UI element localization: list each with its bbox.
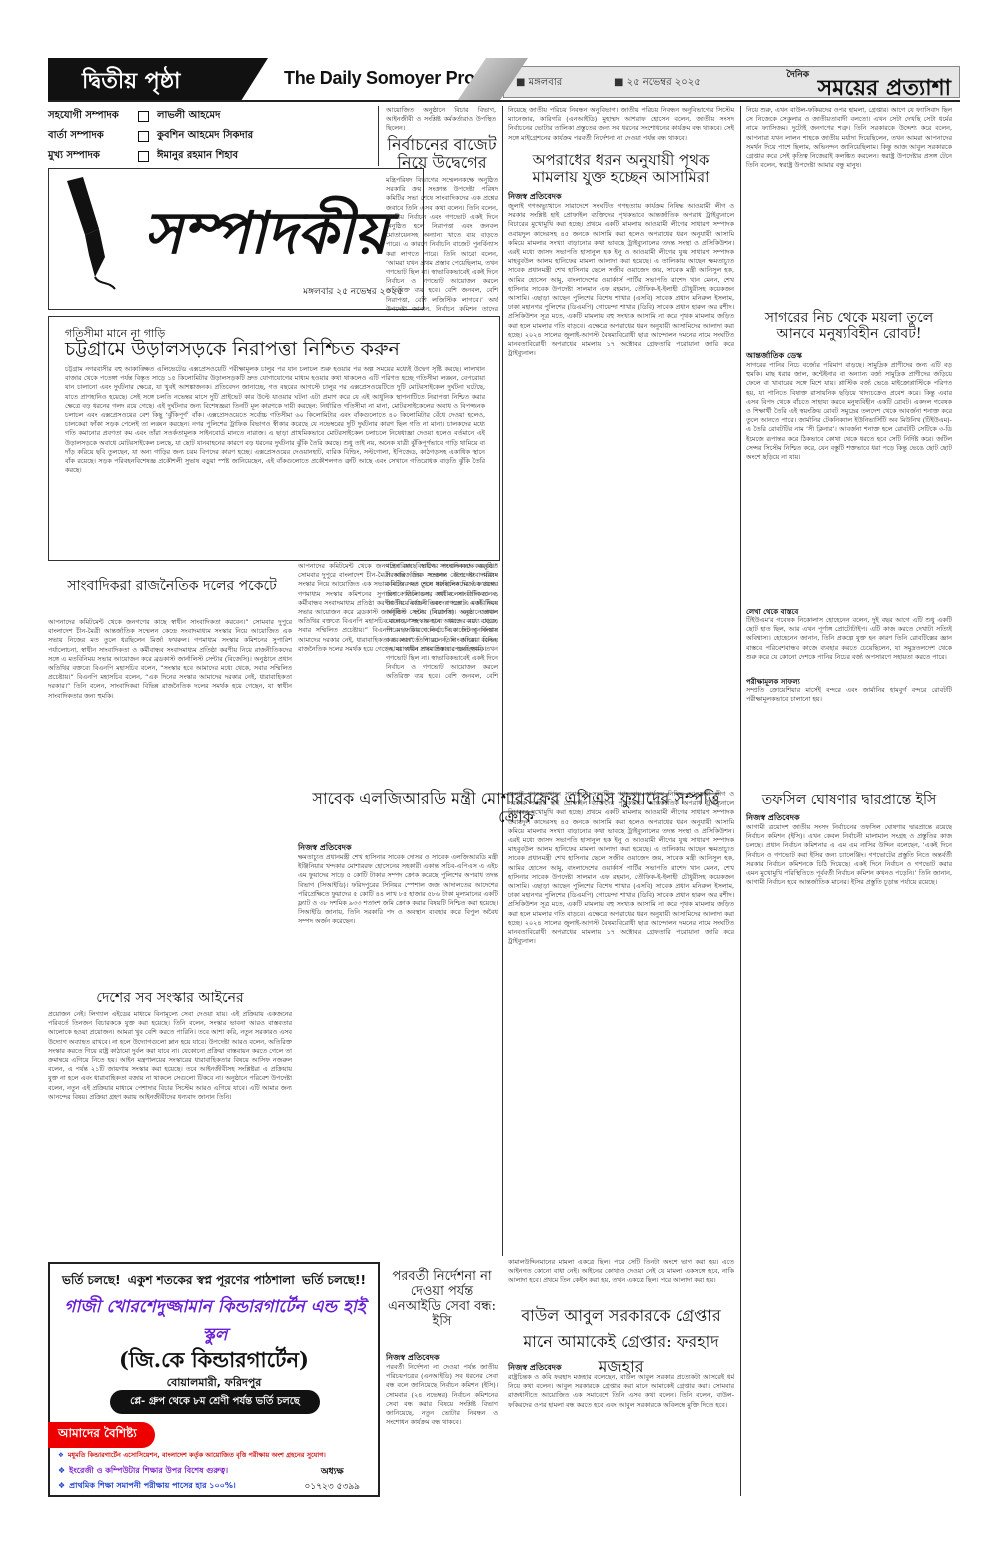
column-divider bbox=[740, 106, 741, 1496]
staff-role: মুখ্য সম্পাদক bbox=[48, 146, 138, 166]
column-divider bbox=[502, 106, 503, 1256]
staff-row: সহযোগী সম্পাদক লাভলী আহমেদ bbox=[48, 106, 378, 126]
staff-name: লাভলী আহমেদ bbox=[157, 106, 220, 126]
ad-admission-right: ভর্তি চলছে!! bbox=[302, 1272, 366, 1292]
checkbox-icon bbox=[138, 131, 149, 142]
story-body: সম্প্রতি ক্রোয়েশিয়ার মার্সেই বন্দরে এব… bbox=[746, 686, 952, 786]
story-body: জুলাই গণঅভ্যুত্থানে সারাদেশে সংঘটিত গণহত… bbox=[508, 202, 734, 777]
story-body-cont: জুলাই গণঅভ্যুত্থানে সারাদেশে সংঘটিত গণহত… bbox=[508, 790, 734, 1255]
bullet-diamond-icon: ❖ bbox=[58, 1466, 65, 1475]
bullet-diamond-icon: ❖ bbox=[58, 1481, 65, 1490]
story-lead-in: কামালউদ্দিনমানের মামলা একত্রে ছিল। পরে স… bbox=[508, 1258, 734, 1298]
ad-phone: ০১৭২৩ ৫৩৯৯ bbox=[305, 1479, 360, 1494]
divider bbox=[378, 106, 379, 166]
ad-tagline: একুশ শতকের স্বপ্ন পূরণের পাঠশালা bbox=[128, 1272, 295, 1292]
staff-role: বার্তা সম্পাদক bbox=[48, 126, 138, 146]
story-body: টিইউএম’র গবেষক নিকোলাস হোহেনেন বলেন, দুই… bbox=[746, 616, 952, 672]
school-advertisement: ভর্তি চলছে! একুশ শতকের স্বপ্ন পূরণের পাঠ… bbox=[48, 1262, 380, 1497]
ad-principal-contact: অধ্যক্ষ ০১৭২৩ ৫৩৯৯ bbox=[305, 1464, 360, 1494]
checkbox-icon bbox=[138, 151, 149, 162]
story-body: প্রয়োজন নেই। লিগ্যাল এইডের মাধ্যমে বিনা… bbox=[48, 1010, 292, 1255]
story-body: মন্ত্রিপরিষদ বিভাগের সম্মেলনকক্ষে অনুষ্ঠ… bbox=[386, 176, 498, 311]
brand-prefix: দৈনিক bbox=[786, 67, 809, 82]
date-bar: ■ মঙ্গলবার ■ ২৫ নভেম্বর ২০২৫ দৈনিক সময়ে… bbox=[503, 66, 960, 98]
section-title: দ্বিতীয় পৃষ্ঠা bbox=[82, 64, 180, 101]
date-label: ■ ২৫ নভেম্বর ২০২৫ bbox=[614, 75, 701, 92]
staff-credits: সহযোগী সম্পাদক লাভলী আহমেদ বার্তা সম্পাদ… bbox=[48, 106, 378, 166]
story-body-cont: নিয়ে শুরু, এখন বাউল-ফকিরদের ওপর হামলা, … bbox=[746, 106, 952, 306]
section-title-block: দ্বিতীয় পৃষ্ঠা bbox=[48, 58, 268, 100]
story-body: সাগরের পানির নিচে বর্জ্যের পরিমাণ বাড়ছে… bbox=[746, 361, 952, 603]
ad-school-name-arc: গাজী খোরশেদুজ্জামান কিন্ডারগার্টেন এন্ড … bbox=[60, 1294, 370, 1350]
ad-feature-text: প্রাথমিক শিক্ষা সমাপনী পরীক্ষায় পাসের হ… bbox=[69, 1481, 236, 1490]
story-body: আগামী ত্রয়োদশ জাতীয় সংসদ নির্বাচনের তফ… bbox=[746, 823, 952, 1498]
bullet-diamond-icon: ❖ bbox=[58, 1451, 64, 1459]
staff-row: বার্তা সম্পাদক কুবশিন আহমেদ সিকদার bbox=[48, 126, 378, 146]
story-body-cont: আপনাদের কমিটমেন্ট থেকে জনগণের কাছে স্বাধ… bbox=[298, 562, 498, 777]
day-label: ■ মঙ্গলবার bbox=[516, 75, 562, 92]
staff-row: মুখ্য সম্পাদক ঈমানুর রহমান শিহাব bbox=[48, 146, 378, 166]
story-headline: চট্টগ্রামে উড়ালসড়কে নিরাপত্তা নিশ্চিত … bbox=[65, 339, 400, 361]
story-headline: পরবর্তী নির্দেশনা না দেওয়া পর্যন্ত এনআই… bbox=[386, 1270, 498, 1330]
ad-features-title: আমাদের বৈশিষ্ট্য bbox=[48, 1422, 155, 1448]
story-lead-in: আয়োজিত অনুষ্ঠানে বিচার বিভাগ, আইনজীবী ও… bbox=[386, 106, 496, 138]
editorial-story: গতিসীমা মানে না গাড়ি চট্টগ্রামে উড়ালসড… bbox=[48, 316, 500, 561]
ad-admission-left: ভর্তি চলছে! bbox=[62, 1272, 121, 1292]
fountain-pen-icon bbox=[59, 177, 123, 292]
ad-feature-text: ইংরেজী ও কম্পিউটার শিক্ষার উপর বিশেষ গুর… bbox=[69, 1466, 228, 1475]
ad-top-row: ভর্তি চলছে! একুশ শতকের স্বপ্ন পূরণের পাঠ… bbox=[50, 1264, 378, 1292]
staff-name: ঈমানুর রহমান শিহাব bbox=[157, 146, 238, 166]
ad-feature-item: ❖মধুমতি কিন্ডারগার্টেন এসোসিয়েশন, বাংলা… bbox=[58, 1448, 374, 1463]
story-headline: অপরাধের ধরন অনুযায়ী পৃথক মামলায় যুক্ত … bbox=[508, 152, 734, 187]
story-headline: সাংবাদিকরা রাজনৈতিক দলের পকেটে bbox=[52, 578, 292, 594]
staff-role: সহযোগী সম্পাদক bbox=[48, 106, 138, 126]
ad-admission-pill: প্লে- গ্রুপ থেকে ৮ম শ্রেণী পর্যন্ত ভর্তি… bbox=[110, 1390, 320, 1414]
ad-feature-text: মধুমতি কিন্ডারগার্টেন এসোসিয়েশন, বাংলাদ… bbox=[68, 1451, 326, 1459]
story-headline: নির্বাচনের বাজেট নিয়ে উদ্বেগের bbox=[386, 136, 498, 173]
story-headline: তফসিল ঘোষণার দ্বারপ্রান্তে ইসি bbox=[746, 792, 952, 808]
story-body: আপনাদের কমিটমেন্ট থেকে জনগণের কাছে স্বাধ… bbox=[48, 618, 292, 983]
masthead: দ্বিতীয় পৃষ্ঠা The Daily Somoyer Protya… bbox=[48, 58, 960, 102]
checkbox-icon bbox=[138, 111, 149, 122]
brand-logo: সময়ের প্রত্যাশা bbox=[818, 71, 951, 108]
story-body: রাষ্ট্রচিন্তক ও কবি ফরহাদ মজহার বলেছেন, … bbox=[508, 1373, 734, 1498]
story-headline: সাগরের নিচ থেকে ময়লা তুলে আনবে মনুষ্যবি… bbox=[746, 310, 952, 342]
staff-name: কুবশিন আহমেদ সিকদার bbox=[157, 126, 253, 146]
story-body: চট্টগ্রাম নগরবাসীর বহু আকাঙ্ক্ষিত এলিভেট… bbox=[65, 365, 485, 555]
story-body: পরবর্তী নির্দেশনা না দেওয়া পর্যন্ত জাতী… bbox=[386, 1363, 498, 1498]
ad-principal-label: অধ্যক্ষ bbox=[305, 1464, 360, 1479]
story-body: ক্ষমতাচ্যুত প্রধানমন্ত্রী শেখ হাসিনার সা… bbox=[298, 853, 498, 1253]
editorial-banner: সম্পাদকীয় মঙ্গলবার ২৫ নভেম্বর ২০২৫ bbox=[48, 168, 424, 310]
editorial-title: সম্পাদকীয় bbox=[144, 189, 388, 286]
story-headline: দেশের সব সংস্কার আইনের bbox=[48, 990, 292, 1006]
story-lead-in: নিয়েছে জাতীয় পরিচয় নিবন্ধন অনুবিভাগ। … bbox=[508, 106, 734, 151]
